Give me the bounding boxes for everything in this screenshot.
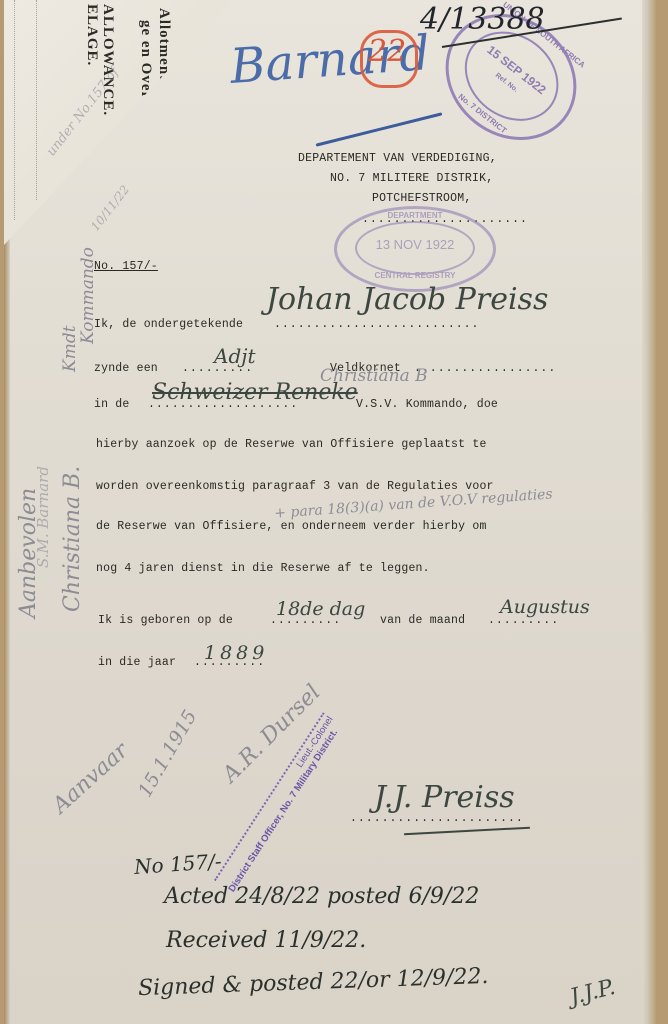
fold-text: ge en Overs	[137, 20, 154, 106]
birth-year-label: in die jaar	[98, 656, 176, 669]
note-signed-posted: Signed & posted 22/or 12/9/22.	[138, 964, 489, 1001]
fold-text: ELAGE.	[83, 4, 100, 66]
line-rank-label: zynde een	[94, 362, 158, 375]
line-commando-suffix: V.S.V. Kommando, doe	[356, 398, 498, 411]
handwritten-rank: Adjt	[214, 344, 255, 368]
signature-underline	[404, 827, 530, 836]
red-circle-number: 22	[368, 34, 406, 69]
blue-underline	[316, 112, 443, 146]
handwritten-birth-month: Augustus	[500, 596, 590, 618]
body-line-4: hierby aanzoek op de Reserwe van Offisie…	[96, 438, 487, 451]
note-received: Received 11/9/22.	[166, 928, 366, 953]
body-line-6: de Reserwe van Offisiere, en onderneem v…	[96, 520, 487, 533]
header-district: NO. 7 MILITERE DISTRIK,	[330, 172, 493, 185]
line-commando-label: in de	[94, 398, 130, 411]
birth-month-label: van de maand	[380, 614, 465, 627]
fold-text: Allotment	[155, 8, 172, 81]
note-acted-posted: Acted 24/8/22 posted 6/9/22	[164, 884, 479, 909]
dotted-fill: ..........................	[274, 318, 479, 331]
pencil-approval-date: 15.1.1915	[134, 706, 201, 801]
line-undersigned-label: Ik, de ondergetekende	[94, 318, 243, 331]
dotted-fill: ..................	[414, 362, 556, 375]
margin-note-kmdt: Kmdt	[60, 325, 80, 372]
note-initials: J.J.P.	[568, 975, 618, 1010]
handwritten-birth-day: 18de dag	[276, 598, 365, 620]
handwritten-birth-year: 1889	[204, 642, 268, 664]
header-department: DEPARTEMENT VAN VERDEDIGING,	[298, 152, 497, 165]
body-line-5: worden overeenkomstig paragraaf 3 van de…	[96, 480, 494, 493]
applicant-signature: J.J. Preiss	[374, 780, 515, 815]
birth-label: Ik is geboren op de	[98, 614, 233, 627]
pencil-corner-date: 10/11/22	[88, 183, 132, 234]
document-page: ALLOWANCE. ELAGE. ge en Overs Allotment …	[4, 0, 656, 1024]
margin-note-kommando: Kommando	[78, 247, 98, 344]
registry-bottom-text: CENTRAL REGISTRY	[337, 271, 493, 280]
header-city: POTCHEFSTROOM,	[372, 192, 471, 205]
fold-dotted-line	[14, 0, 16, 220]
margin-note-christiana: Christiana B.	[60, 466, 85, 612]
margin-note-barnard: S.M. Barnard	[34, 466, 52, 568]
page-edge-right	[642, 0, 656, 1024]
handwritten-name: Johan Jacob Preiss	[266, 282, 548, 317]
document-number: No. 157/-	[94, 260, 158, 273]
fold-dotted-line	[36, 0, 38, 200]
pencil-approval-word: Aanvaar	[48, 738, 133, 818]
registry-date: 13 NOV 1922	[337, 237, 493, 252]
handwritten-commando: Schweizer Reneke	[152, 380, 358, 405]
central-registry-stamp: DEPARTMENT 13 NOV 1922 CENTRAL REGISTRY	[334, 206, 496, 292]
body-line-7: nog 4 jaren dienst in die Reserwe af te …	[96, 562, 430, 575]
note-file-number: No 157/-	[133, 849, 222, 879]
registry-top-text: DEPARTMENT	[337, 211, 493, 220]
